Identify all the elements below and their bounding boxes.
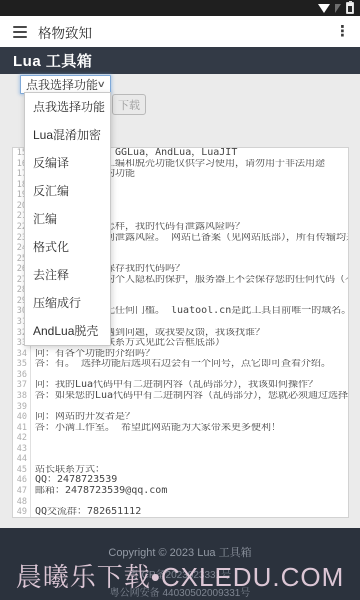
battery-icon	[346, 2, 354, 14]
line-text	[31, 497, 348, 508]
line-number: 40	[13, 412, 31, 423]
function-select-label: 点我选择功能	[26, 76, 98, 93]
signal-dim-icon	[335, 4, 341, 13]
line-number: 47	[13, 486, 31, 497]
editor-line: 42	[13, 433, 348, 444]
line-number: 46	[13, 475, 31, 486]
dropdown-item[interactable]: 汇编	[25, 205, 110, 233]
dropdown-item[interactable]: 格式化	[25, 233, 110, 261]
editor-line: 35 答：有。 选择功能后选项右边会有一个问号，点它即可查看介绍。	[13, 359, 348, 370]
function-dropdown: 点我选择功能 Lua混淆加密 反编译 反汇编 汇编 格式化 去注释 压缩成行 A…	[24, 92, 111, 346]
wifi-icon	[318, 4, 330, 13]
site-title: Lua 工具箱	[13, 50, 92, 71]
editor-line: 48	[13, 497, 348, 508]
download-button-label: 下载	[118, 97, 140, 113]
dropdown-item[interactable]: 压缩成行	[25, 289, 110, 317]
line-text: QQ交流群：782651112	[31, 507, 348, 518]
download-button[interactable]: 下载	[112, 94, 146, 115]
dropdown-item[interactable]: 点我选择功能	[25, 93, 110, 121]
dropdown-item[interactable]: 反汇编	[25, 177, 110, 205]
kebab-menu-icon[interactable]: ⋮	[335, 24, 350, 39]
screen: 格物致知 ⋮ Lua 工具箱 点我选择功能 ∨ 下载 15 此工具目前支持：GG…	[0, 0, 360, 600]
status-bar	[0, 0, 360, 16]
editor-line: 38 答：如果您的Lua代码中有二进制内容（乱码部分），您就必须通过选择文件来上…	[13, 391, 348, 402]
dropdown-item[interactable]: 反编译	[25, 149, 110, 177]
editor-line: 41 答：小满工作室。 希望此网站能为大家带来更多便利！	[13, 423, 348, 434]
line-text: 答：有。 选择功能后选项右边会有一个问号，点它即可查看介绍。	[31, 359, 348, 370]
editor-line: 40 问：网站的开发者是？	[13, 412, 348, 423]
line-number: 48	[13, 497, 31, 508]
watermark-text: 晨曦乐下载•CXLEDU.COM	[0, 557, 360, 594]
editor-line: 45 站长联系方式：	[13, 465, 348, 476]
line-number: 38	[13, 391, 31, 402]
site-header: Lua 工具箱	[0, 47, 360, 74]
chevron-down-icon: ∨	[97, 79, 106, 90]
line-text	[31, 444, 348, 455]
hamburger-icon[interactable]	[13, 26, 27, 38]
browser-app-bar: 格物致知 ⋮	[0, 16, 360, 47]
editor-line: 39	[13, 402, 348, 413]
line-number: 44	[13, 454, 31, 465]
editor-line: 43	[13, 444, 348, 455]
app-title: 格物致知	[38, 22, 92, 42]
line-text: 问：我的Lua代码中有二进制内容（乱码部分），我该如何操作？	[31, 380, 348, 391]
copyright-text: Copyright © 2023 Lua 工具箱	[0, 528, 360, 560]
line-number: 43	[13, 444, 31, 455]
line-text: QQ：2478723539	[31, 475, 348, 486]
line-number: 45	[13, 465, 31, 476]
line-text: 站长联系方式：	[31, 465, 348, 476]
line-number: 35	[13, 359, 31, 370]
editor-line: 34 问：有各个功能的介绍吗？	[13, 349, 348, 360]
line-text	[31, 402, 348, 413]
line-number: 49	[13, 507, 31, 518]
editor-line: 44	[13, 454, 348, 465]
editor-line: 49 QQ交流群：782651112	[13, 507, 348, 518]
line-number: 41	[13, 423, 31, 434]
line-text: 邮箱：2478723539@qq.com	[31, 486, 348, 497]
line-number: 34	[13, 349, 31, 360]
line-text	[31, 433, 348, 444]
line-number: 36	[13, 370, 31, 381]
line-text: 答：如果您的Lua代码中有二进制内容（乱码部分），您就必须通过选择文件来上传内容	[31, 391, 348, 402]
line-number: 37	[13, 380, 31, 391]
line-number: 42	[13, 433, 31, 444]
editor-line: 46 QQ：2478723539	[13, 475, 348, 486]
line-text	[31, 370, 348, 381]
line-number: 39	[13, 402, 31, 413]
editor-line: 36	[13, 370, 348, 381]
dropdown-item[interactable]: Lua混淆加密	[25, 121, 110, 149]
editor-line: 47 邮箱：2478723539@qq.com	[13, 486, 348, 497]
line-text: 问：网站的开发者是？	[31, 412, 348, 423]
dropdown-item[interactable]: AndLua脱壳	[25, 317, 110, 345]
line-text	[31, 454, 348, 465]
line-text: 问：有各个功能的介绍吗？	[31, 349, 348, 360]
dropdown-item[interactable]: 去注释	[25, 261, 110, 289]
editor-line: 37 问：我的Lua代码中有二进制内容（乱码部分），我该如何操作？	[13, 380, 348, 391]
line-text: 答：小满工作室。 希望此网站能为大家带来更多便利！	[31, 423, 348, 434]
